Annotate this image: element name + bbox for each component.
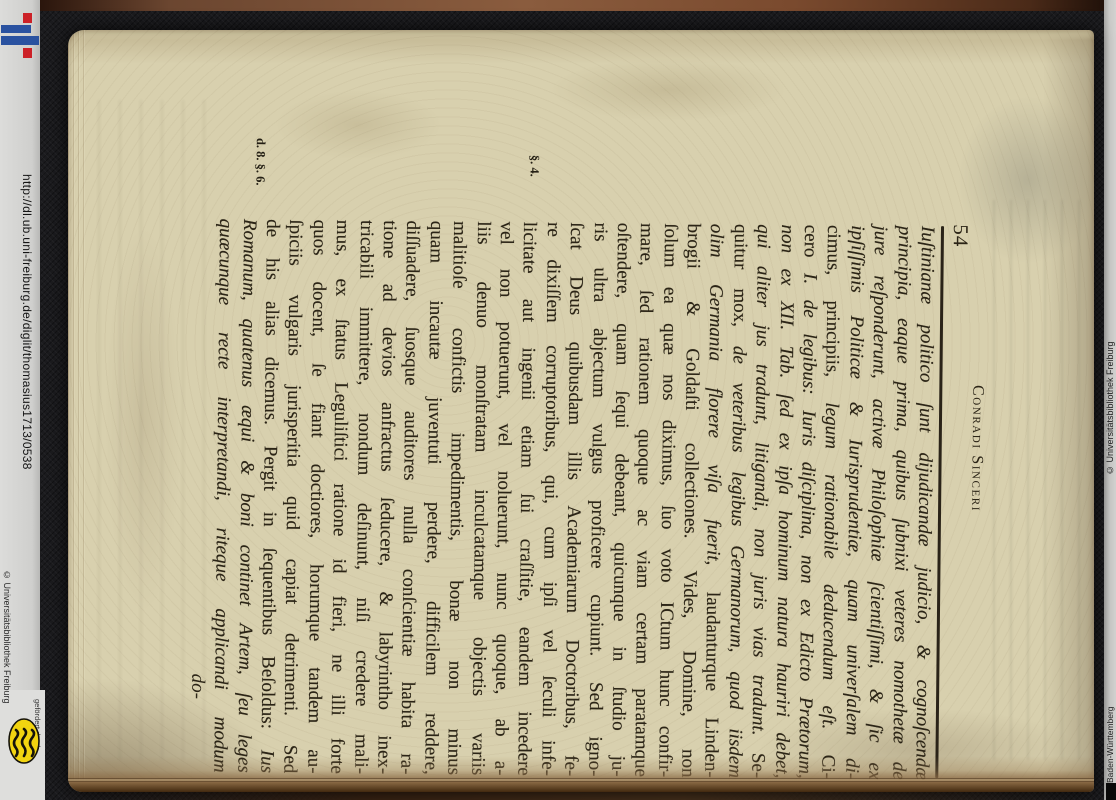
text-run-italic: ipſiſſimis Politicæ & Iurisprudentiæ, qu… bbox=[841, 225, 868, 779]
page-number: 54 bbox=[948, 224, 973, 247]
text-run-italic: non ex XII. Tab. ſed ex ipſa hominum nat… bbox=[771, 224, 798, 778]
rotated-content-wrap: 54 Conradi Sinceri §. 4. d. 8. §. 6. Iuſ… bbox=[70, 34, 1092, 789]
logo-red-square-bottom bbox=[23, 48, 32, 58]
text-run-italic: qui aliter jus tradunt, litigandi, non j… bbox=[748, 224, 775, 753]
text-run: tricabili immittere, nondum deſinunt, ni… bbox=[350, 220, 377, 774]
text-run-italic: legum rationabile deducendum eſt. bbox=[818, 402, 843, 754]
text-run: re dixiſſem corruptoribus, qui, cum ipſi… bbox=[537, 222, 564, 776]
right-strip-black-box bbox=[1106, 783, 1116, 800]
catchword: do- bbox=[186, 631, 209, 741]
text-run: quitur mox, bbox=[729, 224, 751, 346]
text-run: quos docent, ſe fiant doctiores, horumqu… bbox=[303, 220, 330, 774]
text-run-italic: de veteribus legibus Germanorum, quod ii… bbox=[724, 346, 750, 778]
text-run: ris ultra abjectum vulgus proficere cupi… bbox=[584, 222, 611, 776]
document-url-label: http://dl.ub.uni-freiburg.de/diglit/thom… bbox=[20, 174, 34, 626]
text-run: ſolum ea quæ nos diximus, ſuo voto ICtum… bbox=[654, 223, 681, 777]
left-copyright-label: © Universitätsbibliothek Freiburg bbox=[2, 570, 12, 800]
logo-blue-bar-short bbox=[1, 25, 31, 33]
text-run-italic: principia, eaque prima, quibus ſubnixi v… bbox=[888, 226, 915, 780]
left-info-strip: http://dl.ub.uni-freiburg.de/diglit/thom… bbox=[0, 0, 40, 800]
page-content: 54 Conradi Sinceri §. 4. d. 8. §. 6. Iuſ… bbox=[68, 34, 1092, 792]
logo-red-square-top bbox=[23, 13, 32, 23]
running-header: Conradi Sinceri bbox=[967, 373, 987, 523]
text-run-italic: Iuſtinianæ politico ſunt dijudicandæ jud… bbox=[911, 226, 938, 780]
text-run: laudanturque Linden- bbox=[701, 592, 724, 778]
margin-note: d. 8. §. 6. bbox=[252, 138, 267, 186]
text-run-italic: olim Germania florere viſa fuerit, bbox=[703, 224, 728, 592]
region-label: Baden-Württemberg bbox=[1105, 668, 1115, 783]
text-run: liis denuo monſtratam inculcatamque obje… bbox=[467, 221, 494, 775]
book-page: 54 Conradi Sinceri §. 4. d. 8. §. 6. Iuſ… bbox=[68, 30, 1094, 792]
margin-note: §. 4. bbox=[527, 155, 542, 177]
text-run: oſtendere, quam ſequi debeant, quicunque… bbox=[607, 223, 634, 777]
text-run: brogii & Goldaſti collectiones. Vides, D… bbox=[677, 223, 704, 777]
ub-freiburg-logo-icon bbox=[0, 6, 40, 60]
book-top-edge bbox=[40, 0, 1116, 11]
text-run-italic: I. de legibus: Iuris diſciplina, non ex … bbox=[794, 273, 820, 779]
text-run: tione ad devios anfractus ſeducere, & la… bbox=[373, 220, 400, 774]
text-run: quam incautæ juventuti perdere, difficil… bbox=[420, 221, 447, 775]
logo-blue-bar-long bbox=[1, 36, 39, 45]
text-block: Iuſtinianæ politico ſunt dijudicandæ jud… bbox=[208, 219, 939, 781]
text-run: de his alias dicemus. Pergit in ſequenti… bbox=[257, 219, 284, 750]
bw-coat-of-arms-icon bbox=[8, 718, 40, 764]
page-binding-edge bbox=[68, 756, 1094, 792]
text-run-italic: Romanum, quatenus æqui & boni continet A… bbox=[233, 219, 260, 773]
text-run: cero bbox=[800, 225, 822, 274]
right-copyright-label: © Universitätsbibliothek Freiburg bbox=[1105, 225, 1115, 475]
scan-viewer: http://dl.ub.uni-freiburg.de/diglit/thom… bbox=[0, 0, 1116, 800]
text-run: vel non potuerunt, vel noluerunt, nunc q… bbox=[490, 221, 517, 775]
text-run: cimus, principiis, bbox=[822, 225, 845, 403]
